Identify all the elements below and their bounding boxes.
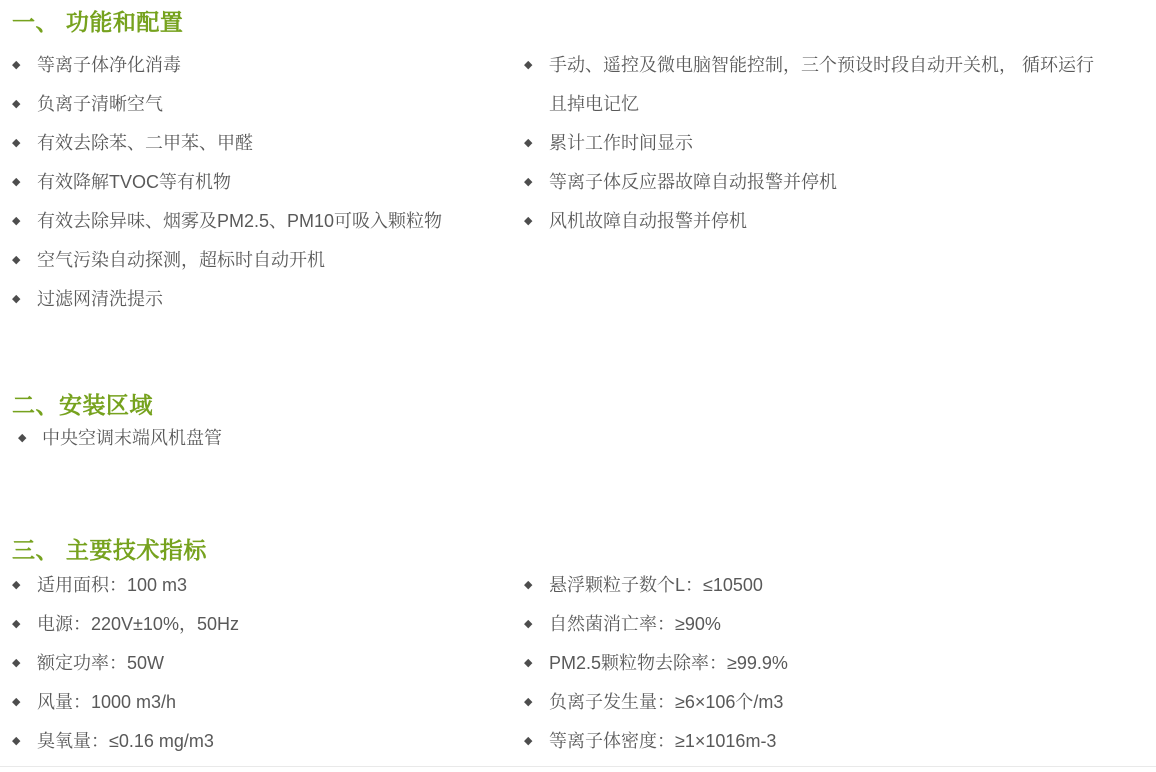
feature-item-text: 累计工作时间显示 bbox=[549, 124, 693, 163]
diamond-bullet-icon: ◆ bbox=[12, 280, 37, 319]
spec-item-text: 悬浮颗粒子数个L：≤10500 bbox=[549, 566, 763, 605]
spec-item: ◆ 额定功率：50W bbox=[12, 644, 524, 683]
section-features-title: 一、 功能和配置 bbox=[12, 8, 1156, 36]
section-install-area-title: 二、安装区域 bbox=[12, 391, 1156, 419]
features-left-list: ◆ 等离子体净化消毒 ◆ 负离子清晰空气 ◆ 有效去除苯、二甲苯、甲醛 bbox=[12, 46, 524, 319]
spec-item: ◆ 适用面积：100 m3 bbox=[12, 566, 524, 605]
features-right-list: ◆ 手动、遥控及微电脑智能控制，三个预设时段自动开关机， 循环运行且掉电记忆 ◆… bbox=[524, 46, 1156, 241]
diamond-bullet-icon: ◆ bbox=[12, 605, 37, 644]
feature-item-text: 有效去除异味、烟雾及PM2.5、PM10可吸入颗粒物 bbox=[37, 202, 442, 241]
spec-item: ◆ 风量：1000 m3/h bbox=[12, 683, 524, 722]
diamond-bullet-icon: ◆ bbox=[12, 722, 37, 761]
spec-item: ◆ 自然菌消亡率：≥90% bbox=[524, 605, 1156, 644]
spec-item-text: 等离子体密度：≥1×1016m-3 bbox=[549, 722, 776, 761]
install-area-item-text: 中央空调末端风机盘管 bbox=[42, 419, 222, 458]
diamond-bullet-icon: ◆ bbox=[12, 202, 37, 241]
diamond-bullet-icon: ◆ bbox=[12, 566, 37, 605]
diamond-bullet-icon: ◆ bbox=[524, 605, 549, 644]
spec-item: ◆ 等离子体密度：≥1×1016m-3 bbox=[524, 722, 1156, 761]
feature-item-text: 空气污染自动探测，超标时自动开机 bbox=[37, 241, 325, 280]
spec-item: ◆ 负离子发生量：≥6×106个/m3 bbox=[524, 683, 1156, 722]
section-tech-specs: 三、 主要技术指标 ◆ 适用面积：100 m3 ◆ 电源：220V±10%，50… bbox=[12, 536, 1156, 761]
diamond-bullet-icon: ◆ bbox=[12, 241, 37, 280]
install-area-item: ◆ 中央空调末端风机盘管 bbox=[18, 419, 1156, 458]
spec-item-text: PM2.5颗粒物去除率：≥99.9% bbox=[549, 644, 788, 683]
feature-item-text: 等离子体净化消毒 bbox=[37, 46, 181, 85]
specs-columns: ◆ 适用面积：100 m3 ◆ 电源：220V±10%，50Hz ◆ 额定功率：… bbox=[12, 566, 1156, 761]
feature-item: ◆ 空气污染自动探测，超标时自动开机 bbox=[12, 241, 524, 280]
spec-item-text: 负离子发生量：≥6×106个/m3 bbox=[549, 683, 783, 722]
feature-item-text: 手动、遥控及微电脑智能控制，三个预设时段自动开关机， 循环运行且掉电记忆 bbox=[549, 46, 1107, 124]
diamond-bullet-icon: ◆ bbox=[18, 419, 42, 458]
feature-item: ◆ 等离子体反应器故障自动报警并停机 bbox=[524, 163, 1156, 202]
diamond-bullet-icon: ◆ bbox=[12, 85, 37, 124]
spec-item-text: 自然菌消亡率：≥90% bbox=[549, 605, 721, 644]
feature-item: ◆ 有效去除苯、二甲苯、甲醛 bbox=[12, 124, 524, 163]
section-features: 一、 功能和配置 ◆ 等离子体净化消毒 ◆ 负离子清晰空气 ◆ bbox=[12, 8, 1156, 319]
diamond-bullet-icon: ◆ bbox=[12, 163, 37, 202]
spec-item: ◆ 悬浮颗粒子数个L：≤10500 bbox=[524, 566, 1156, 605]
feature-item: ◆ 累计工作时间显示 bbox=[524, 124, 1156, 163]
bottom-divider bbox=[0, 766, 1156, 767]
diamond-bullet-icon: ◆ bbox=[524, 644, 549, 683]
spec-item-text: 适用面积：100 m3 bbox=[37, 566, 187, 605]
spec-item-text: 电源：220V±10%，50Hz bbox=[37, 605, 239, 644]
install-area-list: ◆ 中央空调末端风机盘管 bbox=[18, 419, 1156, 458]
diamond-bullet-icon: ◆ bbox=[524, 46, 549, 85]
section-tech-specs-title: 三、 主要技术指标 bbox=[12, 536, 1156, 564]
feature-item-text: 过滤网清洗提示 bbox=[37, 280, 163, 319]
diamond-bullet-icon: ◆ bbox=[524, 722, 549, 761]
spec-item: ◆ 臭氧量：≤0.16 mg/m3 bbox=[12, 722, 524, 761]
feature-item-text: 负离子清晰空气 bbox=[37, 85, 163, 124]
feature-item: ◆ 负离子清晰空气 bbox=[12, 85, 524, 124]
diamond-bullet-icon: ◆ bbox=[524, 124, 549, 163]
product-spec-document: 一、 功能和配置 ◆ 等离子体净化消毒 ◆ 负离子清晰空气 ◆ bbox=[0, 0, 1156, 772]
spec-item-text: 臭氧量：≤0.16 mg/m3 bbox=[37, 722, 214, 761]
section-install-area: 二、安装区域 ◆ 中央空调末端风机盘管 bbox=[12, 391, 1156, 458]
feature-item-text: 有效去除苯、二甲苯、甲醛 bbox=[37, 124, 253, 163]
spec-item: ◆ PM2.5颗粒物去除率：≥99.9% bbox=[524, 644, 1156, 683]
diamond-bullet-icon: ◆ bbox=[12, 683, 37, 722]
diamond-bullet-icon: ◆ bbox=[524, 566, 549, 605]
diamond-bullet-icon: ◆ bbox=[12, 124, 37, 163]
diamond-bullet-icon: ◆ bbox=[524, 683, 549, 722]
specs-left-list: ◆ 适用面积：100 m3 ◆ 电源：220V±10%，50Hz ◆ 额定功率：… bbox=[12, 566, 524, 761]
feature-item: ◆ 有效去除异味、烟雾及PM2.5、PM10可吸入颗粒物 bbox=[12, 202, 524, 241]
feature-item: ◆ 手动、遥控及微电脑智能控制，三个预设时段自动开关机， 循环运行且掉电记忆 bbox=[524, 46, 1156, 124]
feature-item: ◆ 等离子体净化消毒 bbox=[12, 46, 524, 85]
features-columns: ◆ 等离子体净化消毒 ◆ 负离子清晰空气 ◆ 有效去除苯、二甲苯、甲醛 bbox=[12, 46, 1156, 319]
feature-item: ◆ 风机故障自动报警并停机 bbox=[524, 202, 1156, 241]
diamond-bullet-icon: ◆ bbox=[12, 46, 37, 85]
diamond-bullet-icon: ◆ bbox=[524, 202, 549, 241]
diamond-bullet-icon: ◆ bbox=[524, 163, 549, 202]
feature-item-text: 风机故障自动报警并停机 bbox=[549, 202, 747, 241]
feature-item: ◆ 有效降解TVOC等有机物 bbox=[12, 163, 524, 202]
specs-right-list: ◆ 悬浮颗粒子数个L：≤10500 ◆ 自然菌消亡率：≥90% ◆ PM2.5颗… bbox=[524, 566, 1156, 761]
feature-item-text: 有效降解TVOC等有机物 bbox=[37, 163, 231, 202]
spec-item: ◆ 电源：220V±10%，50Hz bbox=[12, 605, 524, 644]
feature-item: ◆ 过滤网清洗提示 bbox=[12, 280, 524, 319]
feature-item-text: 等离子体反应器故障自动报警并停机 bbox=[549, 163, 837, 202]
spec-item-text: 额定功率：50W bbox=[37, 644, 164, 683]
spec-item-text: 风量：1000 m3/h bbox=[37, 683, 176, 722]
diamond-bullet-icon: ◆ bbox=[12, 644, 37, 683]
